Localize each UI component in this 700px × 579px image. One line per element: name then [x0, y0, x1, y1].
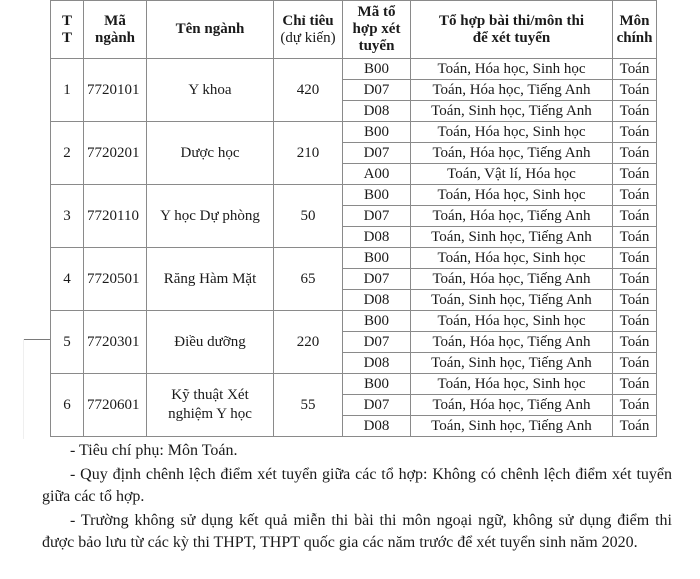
main-subject: Toán	[613, 164, 657, 185]
combo-code: B00	[343, 59, 411, 80]
combo-code: D08	[343, 101, 411, 122]
main-subject: Toán	[613, 332, 657, 353]
header-quota-line1: Chỉ tiêu	[274, 13, 342, 30]
margin-mark-vertical	[23, 339, 24, 439]
main-subject: Toán	[613, 269, 657, 290]
header-combo-code-line3: tuyển	[343, 38, 410, 55]
table-row: 67720601Kỹ thuật Xét nghiệm Y học55B00To…	[51, 374, 657, 395]
combo-code: B00	[343, 185, 411, 206]
major-quota: 210	[274, 122, 343, 185]
header-combo-line1: Tổ hợp bài thi/môn thi	[411, 13, 612, 30]
row-index: 1	[51, 59, 84, 122]
note-secondary-criterion: - Tiêu chí phụ: Môn Toán.	[42, 440, 672, 462]
header-tt: T T	[51, 1, 84, 59]
header-code-line2: ngành	[84, 30, 146, 47]
header-main-subject: Môn chính	[613, 1, 657, 59]
row-index: 4	[51, 248, 84, 311]
header-tt-line1: T	[51, 13, 83, 30]
major-quota: 220	[274, 311, 343, 374]
major-quota: 65	[274, 248, 343, 311]
major-name: Dược học	[147, 122, 274, 185]
main-subject: Toán	[613, 290, 657, 311]
combo-subjects: Toán, Hóa học, Sinh học	[411, 122, 613, 143]
combo-subjects: Toán, Sinh học, Tiếng Anh	[411, 353, 613, 374]
header-combo-code-line1: Mã tổ	[343, 4, 410, 21]
table-body: 17720101Y khoa420B00Toán, Hóa học, Sinh …	[51, 59, 657, 437]
combo-subjects: Toán, Hóa học, Sinh học	[411, 248, 613, 269]
row-index: 3	[51, 185, 84, 248]
header-combo-line2: để xét tuyển	[411, 30, 612, 47]
combo-subjects: Toán, Hóa học, Tiếng Anh	[411, 395, 613, 416]
main-subject: Toán	[613, 416, 657, 437]
table-row: 37720110Y học Dự phòng50B00Toán, Hóa học…	[51, 185, 657, 206]
main-subject: Toán	[613, 122, 657, 143]
header-major-name: Tên ngành	[147, 1, 274, 59]
main-subject: Toán	[613, 353, 657, 374]
main-subject: Toán	[613, 374, 657, 395]
major-name: Răng Hàm Mặt	[147, 248, 274, 311]
main-subject: Toán	[613, 59, 657, 80]
note-exemption-policy: - Trường không sử dụng kết quả miễn thi …	[42, 510, 672, 554]
combo-subjects: Toán, Vật lí, Hóa học	[411, 164, 613, 185]
main-subject: Toán	[613, 248, 657, 269]
combo-subjects: Toán, Hóa học, Sinh học	[411, 311, 613, 332]
header-tt-line2: T	[51, 30, 83, 47]
major-code: 7720110	[84, 185, 147, 248]
header-main-line1: Môn	[613, 13, 656, 30]
combo-code: D07	[343, 332, 411, 353]
table-row: 27720201Dược học210B00Toán, Hóa học, Sin…	[51, 122, 657, 143]
header-main-line2: chính	[613, 30, 656, 47]
combo-subjects: Toán, Sinh học, Tiếng Anh	[411, 227, 613, 248]
note-score-difference: - Quy định chênh lệch điểm xét tuyển giữ…	[42, 464, 672, 508]
combo-subjects: Toán, Hóa học, Tiếng Anh	[411, 332, 613, 353]
combo-subjects: Toán, Sinh học, Tiếng Anh	[411, 290, 613, 311]
major-code: 7720501	[84, 248, 147, 311]
major-quota: 420	[274, 59, 343, 122]
combo-subjects: Toán, Sinh học, Tiếng Anh	[411, 416, 613, 437]
combo-code: D07	[343, 269, 411, 290]
major-name: Điều dưỡng	[147, 311, 274, 374]
major-code: 7720301	[84, 311, 147, 374]
major-code: 7720601	[84, 374, 147, 437]
combo-code: D07	[343, 143, 411, 164]
combo-code: B00	[343, 248, 411, 269]
combo-code: D07	[343, 206, 411, 227]
header-combo-code-line2: hợp xét	[343, 21, 410, 38]
combo-subjects: Toán, Hóa học, Sinh học	[411, 59, 613, 80]
combo-subjects: Toán, Hóa học, Tiếng Anh	[411, 269, 613, 290]
table-row: 47720501Răng Hàm Mặt65B00Toán, Hóa học, …	[51, 248, 657, 269]
major-quota: 50	[274, 185, 343, 248]
combo-subjects: Toán, Hóa học, Sinh học	[411, 374, 613, 395]
margin-mark	[24, 339, 50, 340]
combo-code: A00	[343, 164, 411, 185]
table-row: 17720101Y khoa420B00Toán, Hóa học, Sinh …	[51, 59, 657, 80]
major-name: Y khoa	[147, 59, 274, 122]
combo-code: D08	[343, 227, 411, 248]
combo-subjects: Toán, Hóa học, Tiếng Anh	[411, 80, 613, 101]
main-subject: Toán	[613, 80, 657, 101]
header-code-line1: Mã	[84, 13, 146, 30]
main-subject: Toán	[613, 206, 657, 227]
table-row: 57720301Điều dưỡng220B00Toán, Hóa học, S…	[51, 311, 657, 332]
header-quota-line2: (dự kiến)	[274, 30, 342, 47]
row-index: 6	[51, 374, 84, 437]
main-subject: Toán	[613, 185, 657, 206]
header-combo-subjects: Tổ hợp bài thi/môn thi để xét tuyển	[411, 1, 613, 59]
combo-code: D07	[343, 395, 411, 416]
major-quota: 55	[274, 374, 343, 437]
header-major-code: Mã ngành	[84, 1, 147, 59]
main-subject: Toán	[613, 395, 657, 416]
main-subject: Toán	[613, 227, 657, 248]
major-code: 7720101	[84, 59, 147, 122]
combo-subjects: Toán, Hóa học, Tiếng Anh	[411, 206, 613, 227]
major-name: Y học Dự phòng	[147, 185, 274, 248]
combo-code: D08	[343, 416, 411, 437]
notes-section: - Tiêu chí phụ: Môn Toán. - Quy định chê…	[42, 440, 672, 554]
table-header: T T Mã ngành Tên ngành Chỉ tiêu (dự kiến…	[51, 1, 657, 59]
combo-code: B00	[343, 311, 411, 332]
header-quota: Chỉ tiêu (dự kiến)	[274, 1, 343, 59]
combo-subjects: Toán, Hóa học, Tiếng Anh	[411, 143, 613, 164]
combo-code: B00	[343, 122, 411, 143]
main-subject: Toán	[613, 143, 657, 164]
header-combo-code: Mã tổ hợp xét tuyển	[343, 1, 411, 59]
row-index: 2	[51, 122, 84, 185]
major-code: 7720201	[84, 122, 147, 185]
combo-code: D08	[343, 290, 411, 311]
main-subject: Toán	[613, 311, 657, 332]
combo-code: D07	[343, 80, 411, 101]
major-name: Kỹ thuật Xét nghiệm Y học	[147, 374, 274, 437]
combo-code: D08	[343, 353, 411, 374]
combo-code: B00	[343, 374, 411, 395]
header-name-text: Tên ngành	[176, 21, 245, 37]
combo-subjects: Toán, Hóa học, Sinh học	[411, 185, 613, 206]
row-index: 5	[51, 311, 84, 374]
document-page: T T Mã ngành Tên ngành Chỉ tiêu (dự kiến…	[0, 0, 700, 579]
main-subject: Toán	[613, 101, 657, 122]
admissions-table: T T Mã ngành Tên ngành Chỉ tiêu (dự kiến…	[50, 0, 657, 437]
combo-subjects: Toán, Sinh học, Tiếng Anh	[411, 101, 613, 122]
